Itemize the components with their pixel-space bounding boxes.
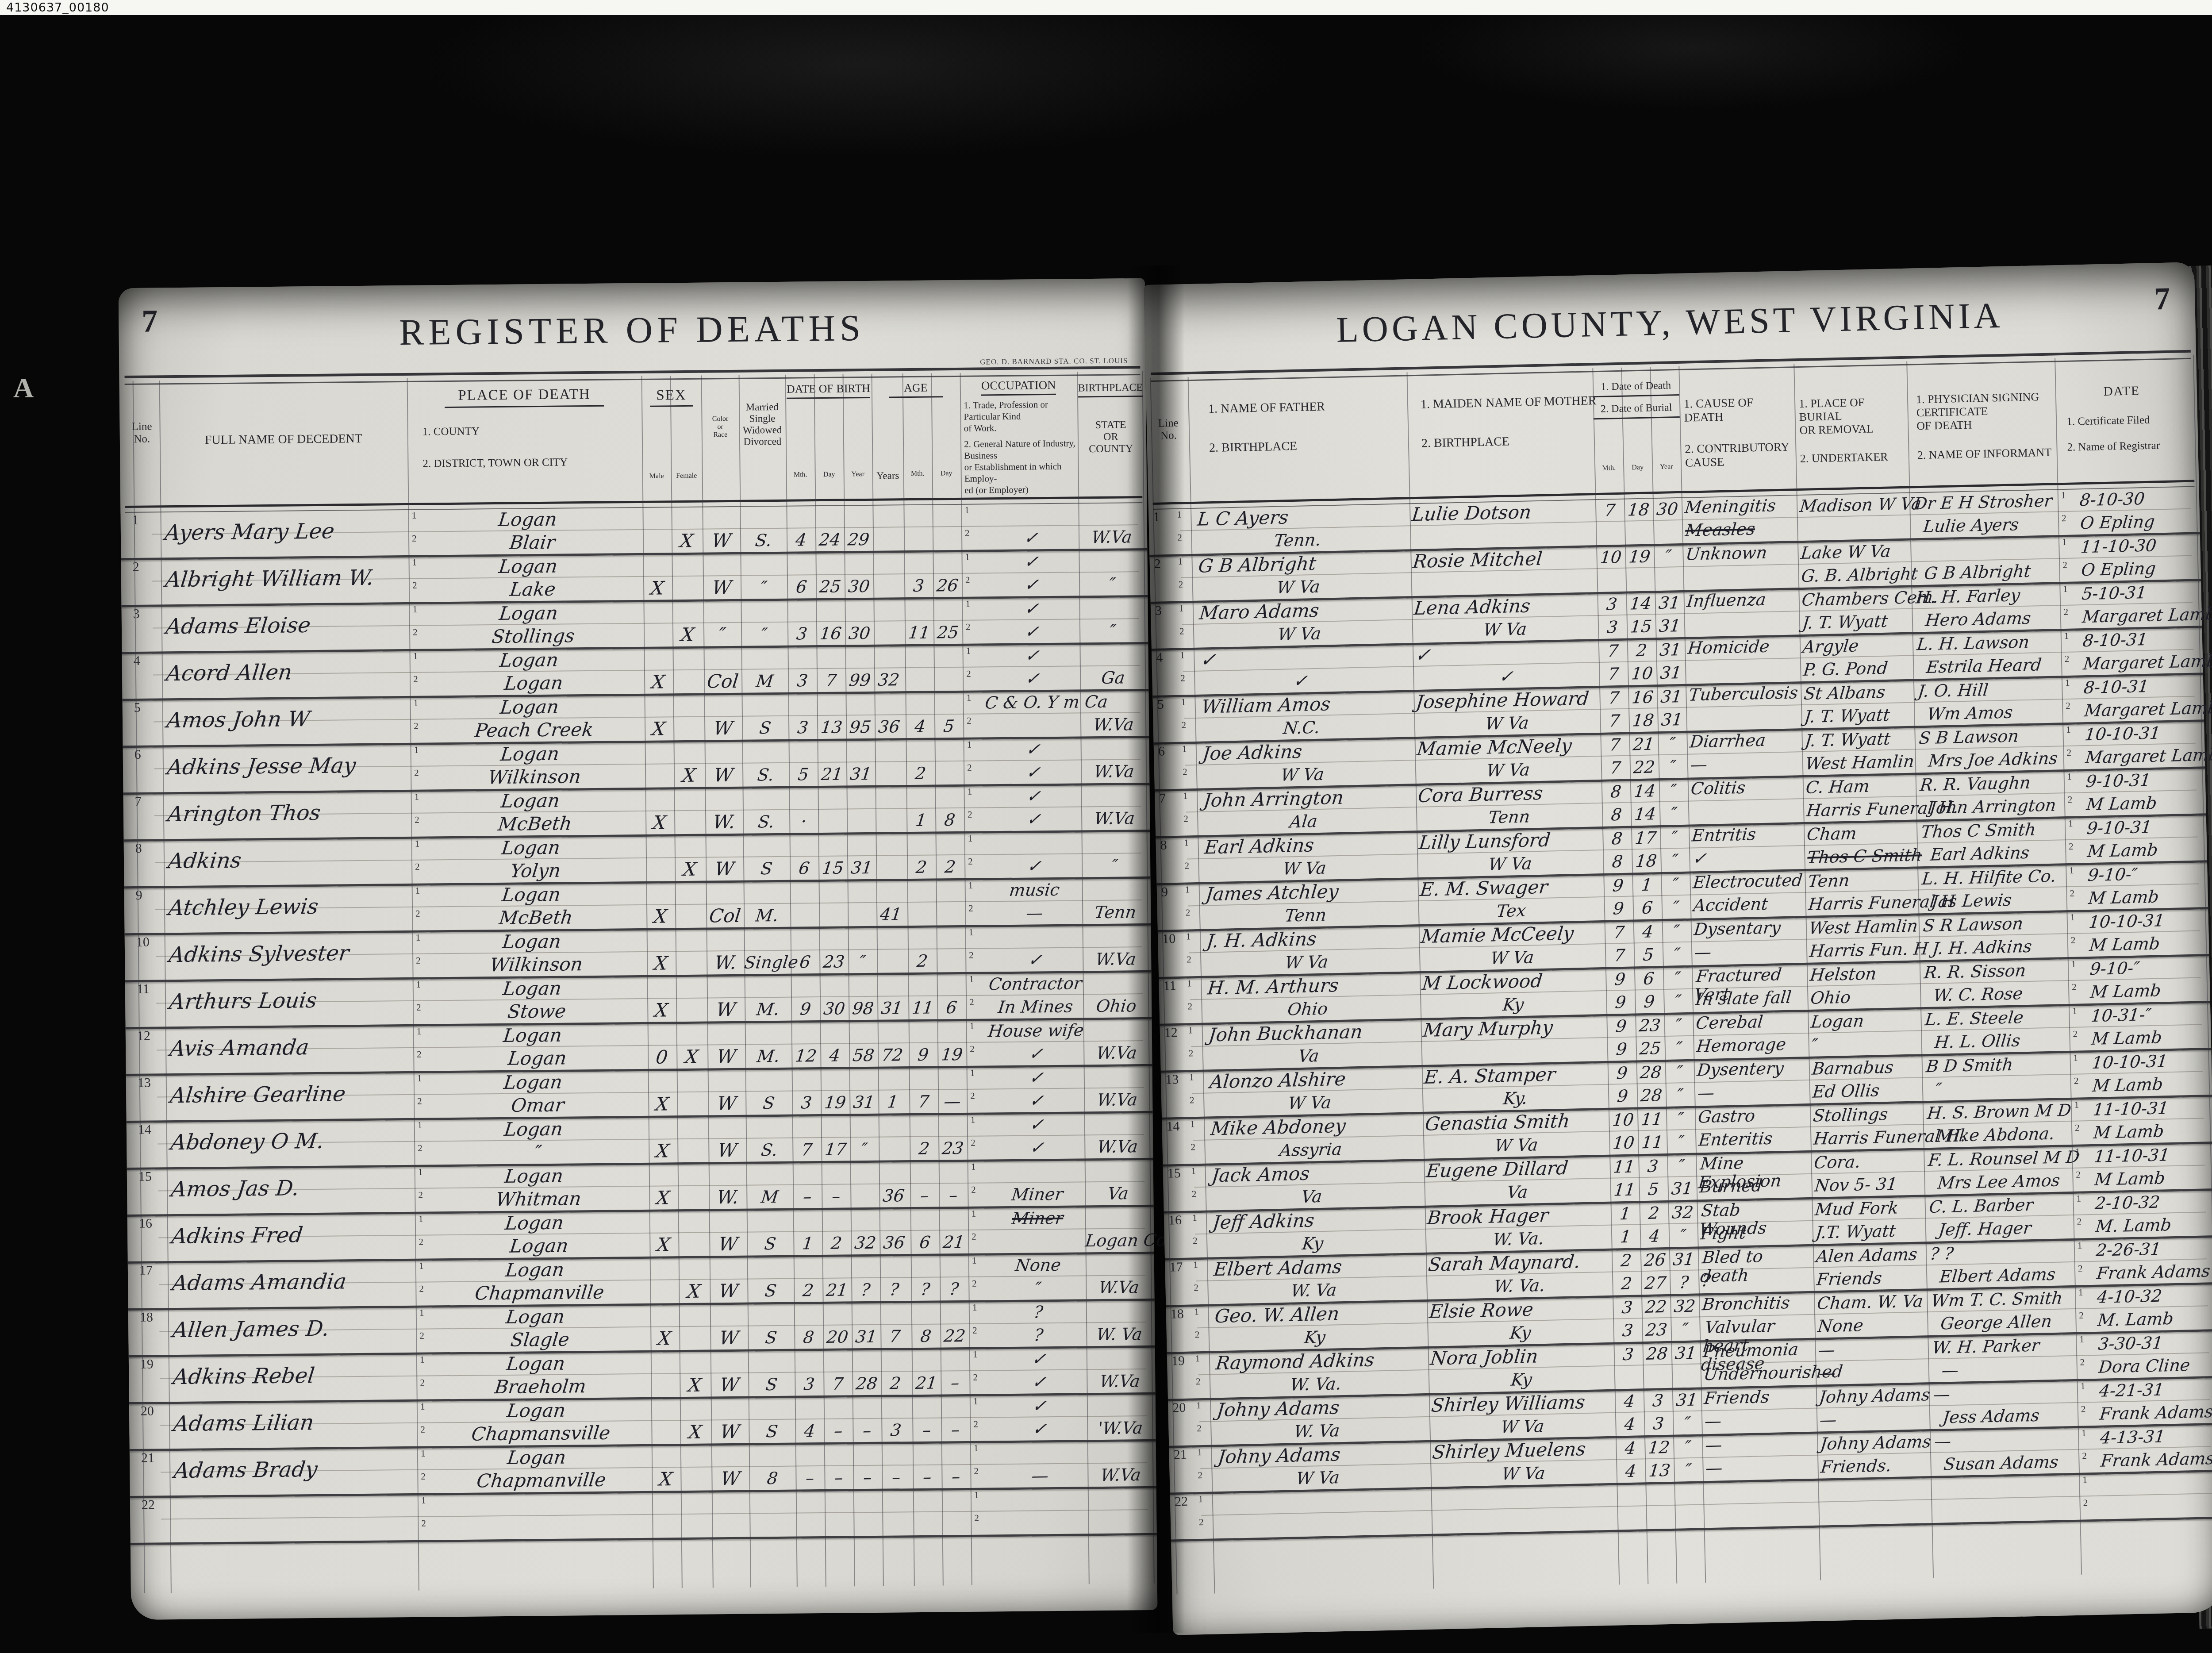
cell-marital: S. [742, 811, 791, 833]
cell-marital: ″ [739, 577, 788, 598]
cell-mother-name: Genastia Smith [1424, 1110, 1608, 1135]
cell-age-day [935, 762, 964, 763]
cell-age-years [875, 763, 904, 763]
cell-sex-female [674, 812, 704, 812]
cell-mother-name: ✓ [1414, 641, 1598, 666]
cell-sex-male: X [649, 1234, 679, 1256]
col-header-male: Male [642, 472, 671, 481]
cell-sex-female [679, 1327, 709, 1328]
cell-burial-mth [1614, 1366, 1643, 1367]
cell-occupation-2 [990, 1230, 1085, 1231]
cell-burial-mth: 8 [1602, 850, 1633, 873]
cell-dob-mth: – [792, 1186, 823, 1207]
cell-decedent-name: Adkins Jesse May [166, 754, 416, 778]
cell-age-years [877, 950, 906, 951]
cell-burial-year [1654, 568, 1683, 569]
cell-sex-male: X [645, 906, 676, 927]
cell-color-race: W [708, 1234, 748, 1255]
cell-burial-day: 9 [1634, 991, 1665, 1013]
cell-district: Logan [430, 1047, 645, 1070]
cell-age-day: ? [939, 1278, 970, 1300]
cell-sex-male [651, 1422, 679, 1422]
form-marker-2: 2 [414, 721, 419, 732]
cell-physician [1935, 1475, 2079, 1478]
cell-death-mth: 11 [1609, 1156, 1640, 1178]
rcol-header-date: DATE 1. Certificate Filed 2. Name of Reg… [2055, 383, 2189, 454]
form-marker-occ-2: 2 [968, 903, 973, 914]
cell-physician: J. O. Hill [1917, 677, 2063, 702]
form-marker-1: 1 [1189, 1072, 1194, 1083]
cell-dob-day: – [823, 1467, 854, 1488]
cell-burial-year: ″ [1672, 1412, 1703, 1434]
cell-death-day: 3 [1643, 1390, 1674, 1412]
form-marker-1: 1 [1190, 1119, 1195, 1130]
cell-burial-year: ″ [1663, 1037, 1694, 1059]
cell-marital: S [748, 1421, 796, 1442]
cell-age-day: 23 [937, 1138, 968, 1159]
form-marker-occ-1: 1 [970, 1068, 975, 1079]
film-header-strip: 4130637_00180 [0, 0, 2212, 15]
form-marker-1: 1 [416, 979, 421, 990]
cell-age-years: 36 [878, 1185, 909, 1207]
cell-burial-year: ″ [1661, 896, 1692, 919]
cell-district: Logan [432, 1234, 646, 1258]
rcol-header-physician: 1. PHYSICIAN SIGNING CERTIFICATE OF DEAT… [1916, 390, 2059, 462]
cell-date-filed: 11-10-31 [2092, 1097, 2200, 1120]
row-number: 1 [132, 512, 158, 528]
cell-burial-day: 5 [1633, 944, 1664, 966]
cell-informant: W. C. Rose [1932, 982, 2072, 1006]
cell-death-mth: 7 [1594, 500, 1625, 522]
form-marker-2: 2 [1193, 1235, 1198, 1246]
form-marker-1: 1 [417, 1073, 422, 1084]
cell-occupation-1 [992, 1442, 1087, 1442]
cell-mother-name: Josephine Howard [1415, 688, 1598, 713]
cell-mother-birthplace: Tenn [1437, 805, 1581, 829]
form-marker-date-1: 1 [2068, 818, 2073, 829]
cell-burial-year: ″ [1668, 1224, 1699, 1246]
cell-mother-name: Rosie Mitchel [1412, 547, 1595, 572]
cell-age-years: 31 [876, 997, 907, 1019]
cell-sex-male [643, 530, 671, 531]
cell-color-race: W [705, 858, 745, 880]
cell-occupation-2 [993, 1511, 1088, 1512]
cell-burial-mth [1617, 1507, 1646, 1507]
cell-mother-birthplace: Ky [1450, 1368, 1594, 1392]
cell-county: Logan [434, 977, 630, 1000]
cell-cause-of-death: Dysentery [1696, 1058, 1809, 1080]
cell-death-year: ″ [1666, 1154, 1697, 1176]
form-marker-date-1: 1 [2072, 1006, 2077, 1017]
cell-decedent-name: Allen James D. [172, 1317, 422, 1341]
cell-death-day: 12 [1644, 1437, 1674, 1459]
cell-mother-name: Nora Joblin [1429, 1344, 1613, 1369]
cell-county [440, 1493, 634, 1495]
cell-father-birthplace: Ky [1232, 1325, 1398, 1349]
cell-age-mth: 2 [905, 763, 936, 784]
form-marker-occ-2: 2 [972, 1231, 976, 1242]
cell-dob-mth: 4 [785, 529, 816, 551]
cell-death-mth: 3 [1612, 1296, 1643, 1319]
cell-district: Stollings [426, 625, 640, 648]
cell-marital: S [745, 1092, 793, 1114]
cell-dob-year: ″ [849, 1138, 880, 1160]
cell-physician: Dr E H Strosher [1913, 490, 2059, 514]
cell-occupation-2: ✓ [985, 808, 1083, 830]
form-marker-2: 2 [415, 815, 419, 826]
form-marker-1: 1 [1192, 1212, 1197, 1223]
row-number: 2 [132, 559, 159, 575]
form-marker-1: 1 [1196, 1400, 1201, 1411]
cell-occupation-2: ″ [990, 1277, 1087, 1299]
cell-death-mth: 7 [1604, 921, 1635, 943]
form-marker-1: 1 [1186, 931, 1191, 942]
form-marker-occ-2: 2 [965, 528, 970, 539]
cell-dob-mth: 4 [794, 1420, 825, 1442]
cell-age-years [873, 528, 902, 529]
cell-age-day: – [938, 1184, 969, 1206]
row-number: 9 [136, 888, 162, 903]
form-marker-2: 2 [1189, 1048, 1194, 1059]
cell-occupation-1: ✓ [983, 597, 1080, 619]
cell-age-years: ? [879, 1279, 910, 1300]
form-marker-date-1: 1 [2066, 724, 2071, 735]
cell-burial-day [1625, 569, 1654, 569]
cell-father-birthplace: Ohio [1225, 996, 1390, 1021]
form-marker-date-1: 1 [2070, 912, 2075, 923]
cell-father-birthplace: W Va [1221, 856, 1387, 881]
cell-county: Logan [430, 555, 626, 578]
printer-mark: GEO. D. BARNARD STA. CO. ST. LOUIS [980, 356, 1128, 366]
cell-burial-day: 23 [1641, 1319, 1672, 1341]
cell-marital: M [740, 670, 789, 692]
cell-death-day: 23 [1634, 1015, 1665, 1037]
cell-age-years [879, 1138, 907, 1138]
cell-date-filed: 11-10-31 [2093, 1144, 2201, 1167]
cell-place-of-burial: Mud Fork [1814, 1196, 1925, 1220]
cell-mother-name: E. M. Swager [1419, 875, 1603, 900]
form-marker-date-1: 1 [2065, 677, 2070, 688]
cell-occupation-1: ✓ [983, 550, 1080, 573]
cell-registrar: M Lamb [2087, 885, 2204, 909]
cell-county: Logan [436, 1211, 633, 1234]
form-marker-1: 1 [419, 1307, 424, 1319]
cell-informant: Elbert Adams [1939, 1263, 2078, 1288]
cell-sex-female: X [676, 1046, 708, 1068]
cell-registrar: Frank Adams. [2100, 1448, 2212, 1472]
cell-marital: ″ [740, 623, 788, 645]
cell-cause-of-death: Bronchitis [1701, 1293, 1813, 1314]
cell-informant: H. L. Ollis [1933, 1029, 2073, 1053]
cell-dob-year: 99 [844, 669, 875, 691]
cell-occupation-2: ✓ [986, 855, 1083, 877]
cell-age-day: — [937, 1091, 968, 1112]
cell-occupation-1: ✓ [985, 785, 1082, 807]
cell-color-race: Col [705, 905, 745, 927]
cell-decedent-name: Avis Amanda [169, 1036, 419, 1059]
cell-mother-birthplace: W Va [1444, 1133, 1588, 1157]
form-marker-2: 2 [419, 1237, 423, 1248]
form-marker-1: 1 [412, 557, 417, 568]
cell-dob-mth: – [795, 1467, 826, 1489]
cell-burial-day: 11 [1637, 1131, 1668, 1153]
cell-dob-mth: 6 [786, 576, 817, 598]
cell-dob-day [825, 1514, 853, 1514]
cell-age-day: 22 [939, 1325, 970, 1347]
cell-burial-mth [1596, 523, 1624, 523]
cell-occupation-1: ? [990, 1301, 1087, 1323]
cell-mother-birthplace: W Va [1436, 758, 1580, 782]
cell-sex-female [677, 1140, 707, 1141]
scan-id-label: 4130637_00180 [6, 1, 109, 15]
form-marker-1: 1 [1187, 978, 1192, 989]
cell-burial-mth: 7 [1598, 663, 1629, 685]
cell-mother-birthplace: W Va [1433, 617, 1577, 642]
cell-father-birthplace: Tenn [1223, 903, 1389, 928]
cell-physician: Wm T. C. Smith [1930, 1287, 2076, 1311]
cell-occupation-1: House wife [987, 1019, 1084, 1042]
cell-sex-male: X [648, 1187, 678, 1209]
cell-informant: G B Albright [1923, 560, 2062, 584]
cell-district: Slagle [433, 1328, 647, 1352]
row-number: 16 [139, 1216, 165, 1231]
form-marker-2: 2 [1198, 1470, 1202, 1481]
cell-decedent-name: Arington Thos [166, 801, 416, 825]
form-marker-date-2: 2 [2082, 1450, 2087, 1461]
form-marker-occ-2: 2 [970, 1091, 975, 1102]
cell-burial-year: 31 [1667, 1177, 1697, 1199]
form-marker-date-2: 2 [2076, 1169, 2081, 1180]
cell-place-of-burial: Logan [1810, 1009, 1920, 1032]
cell-cause-of-death: Dysentary [1693, 918, 1805, 939]
cell-contributory-cause: — [1704, 1410, 1816, 1431]
cell-burial-day: 22 [1629, 756, 1660, 778]
cell-county: Logan [438, 1399, 634, 1422]
cell-death-day: 18 [1623, 499, 1654, 521]
cell-informant: Jess Adams [1942, 1404, 2081, 1428]
cell-death-year: 31 [1671, 1389, 1702, 1411]
cell-marital [749, 1515, 796, 1515]
cell-burial-year: ″ [1665, 1084, 1696, 1106]
cell-color-race: Col [703, 671, 742, 692]
form-marker-1: 1 [413, 651, 418, 662]
cell-father-birthplace: Assyria [1228, 1137, 1394, 1162]
cell-burial-year: 31 [1656, 709, 1687, 731]
cell-dob-year [850, 1185, 879, 1186]
cell-county: Logan [433, 930, 630, 953]
cell-dob-mth: 7 [791, 1139, 822, 1161]
form-marker-1: 1 [415, 838, 420, 850]
cell-informant: Mrs Joe Adkins [1927, 747, 2066, 772]
form-marker-occ-2: 2 [969, 997, 974, 1008]
cell-burial-mth: 8 [1601, 803, 1632, 826]
cell-place-of-burial [1821, 1478, 1929, 1480]
cell-occupation-2: ✓ [982, 527, 1079, 549]
cell-age-day: – [941, 1466, 972, 1488]
cell-cause-of-death: Gastro [1697, 1105, 1809, 1126]
cell-decedent-name: Ayers Mary Lee [164, 520, 414, 543]
cell-death-year [1674, 1483, 1703, 1483]
cell-occupation-1 [987, 832, 1082, 833]
form-marker-occ-1: 1 [974, 1443, 979, 1454]
form-marker-date-2: 2 [2072, 982, 2077, 993]
form-marker-2: 2 [415, 908, 420, 919]
cell-father-birthplace: W Va [1216, 575, 1382, 600]
cell-age-day [937, 950, 965, 950]
cell-age-day: 5 [933, 715, 964, 737]
cell-marital: Single [743, 952, 792, 973]
cell-informant: George Allen [1939, 1310, 2079, 1334]
cell-age-years [876, 810, 904, 810]
cell-dob-mth: 6 [789, 857, 820, 879]
cell-occupation-2: Miner [989, 1183, 1086, 1205]
form-marker-2: 2 [416, 955, 421, 966]
cell-district: Wilkinson [429, 953, 644, 976]
form-marker-2: 2 [421, 1518, 426, 1529]
form-marker-occ-1: 1 [968, 786, 972, 797]
cell-death-year: ″ [1664, 1061, 1695, 1083]
cell-undertaker: Harris Funeral H. [1813, 1126, 1923, 1149]
cell-undertaker: Ed Ollis [1812, 1079, 1922, 1102]
cell-death-day: 11 [1636, 1108, 1667, 1130]
cell-color-race: W [702, 577, 741, 599]
form-marker-date-2: 2 [2080, 1357, 2085, 1368]
cell-dob-mth: 3 [786, 623, 817, 645]
cell-color-race: W [707, 1046, 746, 1068]
cell-occupation-1: ✓ [987, 1066, 1085, 1088]
cell-dob-mth [796, 1514, 825, 1515]
cell-county: Logan [434, 1024, 631, 1047]
cell-mother-birthplace: W Va [1451, 1415, 1594, 1439]
left-rows-area: 1Ayers Mary Lee12LoganBlairXWS.4242912✓W… [120, 501, 1156, 1543]
cell-registrar: M Lamb [2089, 979, 2207, 1003]
cell-dob-day [818, 810, 847, 811]
cell-place-of-burial: West Hamlin [1808, 915, 1919, 938]
form-marker-1: 1 [1193, 1259, 1198, 1270]
cell-mother-name: M Lockwood [1421, 969, 1605, 994]
form-marker-2: 2 [420, 1377, 425, 1388]
cell-age-years: 32 [873, 669, 904, 691]
cell-county: Logan [430, 649, 627, 672]
cell-age-mth: 9 [908, 1044, 939, 1065]
cell-dob-mth [790, 904, 819, 905]
cell-color-race: W. [708, 1187, 748, 1208]
cell-burial-year [1653, 521, 1682, 522]
form-marker-occ-1: 1 [969, 974, 974, 985]
cell-age-day: 6 [936, 997, 967, 1019]
register-row: 221212 [130, 1486, 1157, 1545]
cell-dob-day: 21 [817, 763, 848, 785]
cell-father-birthplace: Tenn. [1214, 528, 1380, 553]
form-marker-2: 2 [1195, 1329, 1200, 1340]
cell-burial-mth: 9 [1605, 991, 1636, 1013]
left-page-title: REGISTER OF DEATHS [119, 304, 1145, 357]
cell-sex-female: X [674, 859, 706, 880]
cell-district: McBeth [429, 906, 643, 930]
cell-place-of-burial: — [1817, 1337, 1928, 1361]
cell-informant: Mike Abdona. [1935, 1123, 2075, 1147]
cell-date-filed: 4-10-32 [2096, 1284, 2204, 1307]
cell-undertaker: Friends. [1820, 1454, 1930, 1477]
cell-dob-year: 30 [843, 576, 874, 597]
cell-place-of-burial: Helston [1809, 962, 1920, 985]
cell-death-day: 4 [1632, 921, 1663, 943]
form-marker-date-2: 2 [2074, 1076, 2078, 1087]
cell-decedent-name: Adkins [167, 848, 417, 872]
cell-sex-female: X [671, 624, 703, 646]
form-marker-date-1: 1 [2071, 959, 2076, 970]
cell-occupation-1: ✓ [983, 644, 1081, 666]
cell-occupation-2: ✓ [983, 573, 1080, 596]
cell-mother-birthplace: W. Va. [1447, 1227, 1590, 1251]
form-marker-2: 2 [417, 1096, 422, 1107]
cell-death-mth: 1 [1610, 1203, 1641, 1225]
cell-death-year: 31 [1654, 592, 1685, 614]
row-number: 3 [133, 606, 160, 622]
cell-death-year: ″ [1663, 1014, 1694, 1036]
cell-burial-day: 4 [1639, 1225, 1670, 1247]
cell-age-day: – [940, 1419, 971, 1441]
register-left-page: 7 REGISTER OF DEATHS GEO. D. BARNARD STA… [119, 278, 1158, 1620]
row-number: 20 [141, 1403, 167, 1419]
cell-dob-year: 31 [851, 1326, 882, 1348]
dob-day: Day [815, 470, 844, 479]
cell-mother-name: Mary Murphy [1422, 1016, 1605, 1041]
cell-occupation-2: ✓ [991, 1371, 1088, 1393]
cell-marital: M. [743, 905, 791, 926]
cell-age-years: 41 [876, 903, 906, 925]
cell-marital: S [746, 1233, 795, 1255]
form-marker-date-2: 2 [2066, 700, 2070, 711]
cell-county: Logan [434, 1071, 631, 1094]
cell-age-mth: 11 [907, 997, 938, 1019]
cell-dob-day: 17 [820, 1138, 851, 1160]
form-marker-2: 2 [1187, 954, 1191, 965]
cell-age-day [933, 528, 961, 528]
form-marker-occ-1: 1 [973, 1396, 978, 1407]
form-marker-occ-1: 1 [972, 1302, 977, 1313]
cell-death-mth: 9 [1602, 874, 1633, 896]
cell-county: Logan [431, 742, 628, 765]
cell-mother-birthplace: Ky [1441, 992, 1585, 1017]
form-marker-date-1: 1 [2067, 771, 2072, 782]
cell-age-years: 1 [877, 1091, 908, 1113]
row-number: 6 [134, 747, 161, 762]
cell-date-filed: 10-10-31 [2084, 722, 2192, 745]
cell-dob-mth: 5 [788, 764, 819, 785]
cell-informant: John Arrington [1928, 794, 2068, 819]
cell-contributory-cause: In slate fall [1694, 988, 1807, 1009]
cell-dob-year [853, 1514, 882, 1514]
cell-father-birthplace: W. Va [1231, 1278, 1397, 1303]
cell-dob-year: 28 [851, 1373, 882, 1395]
form-marker-2: 2 [1196, 1376, 1201, 1387]
cell-marital: S [746, 1280, 795, 1302]
cell-sex-male: X [644, 718, 674, 740]
form-marker-1: 1 [1195, 1353, 1200, 1364]
cell-registrar: O Epling [2079, 510, 2197, 534]
cell-sex-male: X [651, 1468, 681, 1490]
cell-mother-birthplace: W Va [1435, 711, 1579, 735]
form-marker-occ-2: 2 [971, 1138, 975, 1149]
cell-occupation-1: music [986, 879, 1083, 901]
cell-burial-mth: 9 [1606, 1038, 1637, 1060]
col-header-age: AGE [872, 381, 960, 398]
cell-death-mth: 9 [1607, 1062, 1638, 1084]
cell-dob-year: 31 [845, 763, 876, 785]
cell-mother-name: Shirley Williams [1430, 1391, 1614, 1416]
cell-age-years [876, 857, 905, 857]
